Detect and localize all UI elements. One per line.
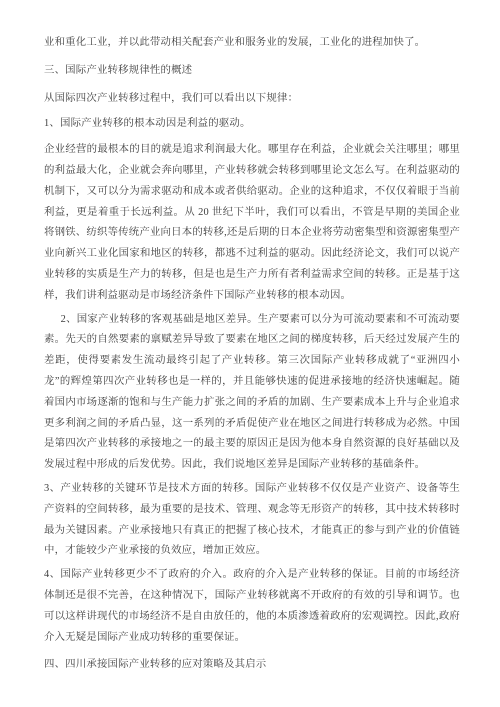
paragraph-intro-tail: 业和重化工业，并以此带动相关配套产业和服务业的发展，工业化的进程加快了。 (44, 33, 460, 54)
document-page: 业和重化工业，并以此带动相关配套产业和服务业的发展，工业化的进程加快了。 三、国… (0, 0, 500, 707)
paragraph-rules-intro: 从国际四次产业转移过程中，我们可以看出以下规律： (44, 89, 460, 110)
heading-section-3: 三、国际产业转移规律性的概述 (44, 61, 460, 82)
paragraph-rule-3: 3、产业转移的关键环节是技术方面的转移。国际产业转移不仅仅是产业资产、设备等生产… (44, 479, 460, 562)
heading-section-4: 四、四川承接国际产业转移的应对策略及其启示 (44, 655, 460, 676)
paragraph-rule-1-body: 企业经营的最根本的目的就是追求利润最大化。哪里存在利益，企业就会关注哪里；哪里的… (44, 140, 460, 306)
paragraph-rule-1-title: 1、国际产业转移的根本动因是利益的驱动。 (44, 114, 460, 135)
paragraph-rule-4: 4、国际产业转移更少不了政府的介入。政府的介入是产业转移的保证。目前的市场经济体… (44, 565, 460, 648)
paragraph-rule-2: 2、国家产业转移的客观基础是地区差异。生产要素可以分为可流动要素和不可流动要素。… (44, 310, 460, 476)
